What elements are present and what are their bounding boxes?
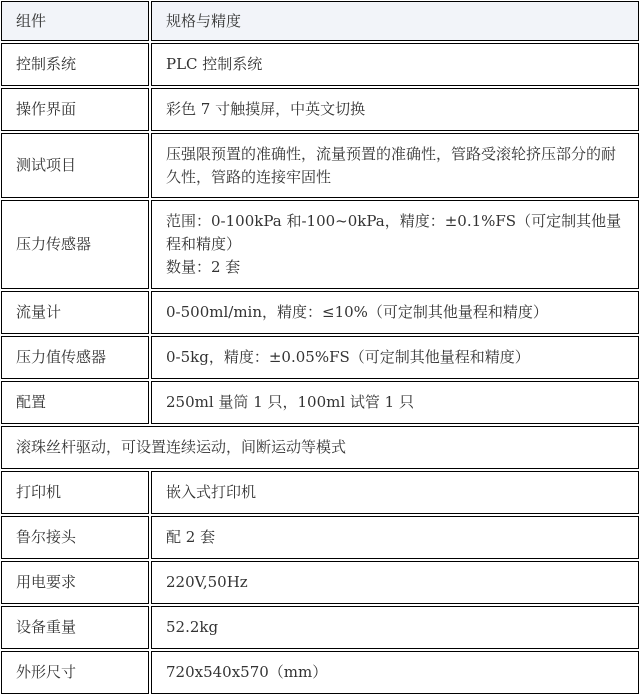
row-label: 设备重量: [1, 606, 149, 649]
table-row: 操作界面 彩色 7 寸触摸屏，中英文切换: [1, 88, 639, 131]
row-value: 配 2 套: [151, 516, 639, 559]
row-label: 控制系统: [1, 43, 149, 86]
row-label: 压力传感器: [1, 200, 149, 289]
row-label: 鲁尔接头: [1, 516, 149, 559]
row-value: 720x540x570（mm）: [151, 651, 639, 694]
table-row: 用电要求 220V,50Hz: [1, 561, 639, 604]
table-row-full: 滚珠丝杆驱动，可设置连续运动，间断运动等模式: [1, 426, 639, 469]
table-row: 测试项目 压强限预置的准确性，流量预置的准确性，管路受滚轮挤压部分的耐久性，管路…: [1, 133, 639, 198]
table-row: 控制系统 PLC 控制系统: [1, 43, 639, 86]
table-row: 压力传感器 范围：0-100kPa 和-100~0kPa，精度：±0.1%FS（…: [1, 200, 639, 289]
row-value: 压强限预置的准确性，流量预置的准确性，管路受滚轮挤压部分的耐久性，管路的连接牢固…: [151, 133, 639, 198]
table-row: 压力值传感器 0-5kg，精度：±0.05%FS（可定制其他量程和精度）: [1, 336, 639, 379]
table-row: 流量计 0-500ml/min，精度：≤10%（可定制其他量程和精度）: [1, 291, 639, 334]
row-value: 52.2kg: [151, 606, 639, 649]
row-label: 测试项目: [1, 133, 149, 198]
row-value: PLC 控制系统: [151, 43, 639, 86]
row-label: 用电要求: [1, 561, 149, 604]
row-label: 外形尺寸: [1, 651, 149, 694]
header-component: 组件: [1, 1, 149, 41]
row-value: 0-5kg，精度：±0.05%FS（可定制其他量程和精度）: [151, 336, 639, 379]
spec-table: 组件 规格与精度 控制系统 PLC 控制系统 操作界面 彩色 7 寸触摸屏，中英…: [0, 0, 641, 696]
row-value: 0-500ml/min，精度：≤10%（可定制其他量程和精度）: [151, 291, 639, 334]
row-label: 配置: [1, 381, 149, 424]
row-full-text: 滚珠丝杆驱动，可设置连续运动，间断运动等模式: [1, 426, 639, 469]
header-spec: 规格与精度: [151, 1, 639, 41]
table-row: 设备重量 52.2kg: [1, 606, 639, 649]
row-value: 250ml 量筒 1 只，100ml 试管 1 只: [151, 381, 639, 424]
row-label: 压力值传感器: [1, 336, 149, 379]
row-value: 220V,50Hz: [151, 561, 639, 604]
row-value-line: 数量：2 套: [166, 256, 624, 279]
row-value: 范围：0-100kPa 和-100~0kPa，精度：±0.1%FS（可定制其他量…: [151, 200, 639, 289]
table-row: 配置 250ml 量筒 1 只，100ml 试管 1 只: [1, 381, 639, 424]
row-label: 操作界面: [1, 88, 149, 131]
row-label: 打印机: [1, 471, 149, 514]
row-label: 流量计: [1, 291, 149, 334]
table-row: 外形尺寸 720x540x570（mm）: [1, 651, 639, 694]
table-header-row: 组件 规格与精度: [1, 1, 639, 41]
row-value: 彩色 7 寸触摸屏，中英文切换: [151, 88, 639, 131]
row-value: 嵌入式打印机: [151, 471, 639, 514]
table-row: 打印机 嵌入式打印机: [1, 471, 639, 514]
row-value-line: 范围：0-100kPa 和-100~0kPa，精度：±0.1%FS（可定制其他量…: [166, 210, 624, 256]
table-row: 鲁尔接头 配 2 套: [1, 516, 639, 559]
